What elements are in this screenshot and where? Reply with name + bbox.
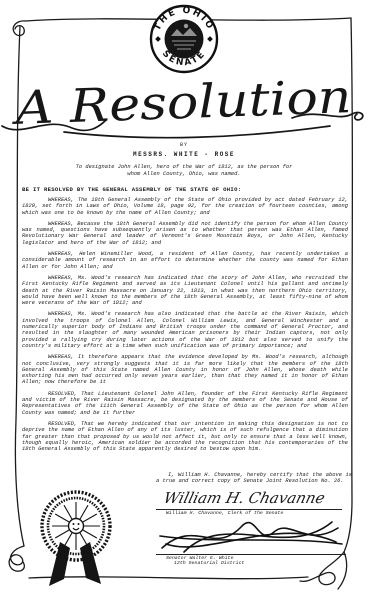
whereas-paragraph: WHEREAS, Ms. Wood's research has also in… — [22, 311, 348, 349]
certification-text: I, William H. Chavanne, hereby certify t… — [156, 472, 352, 484]
senator-signature-scrawl — [156, 518, 346, 554]
resolved-paragraph: RESOLVED, That we hereby indicated that … — [22, 421, 348, 452]
resolved-paragraph: RESOLVED, That Lieutenant Colonel John A… — [22, 391, 348, 416]
clerk-signature-script: William H. Chavanne — [154, 489, 327, 507]
resolution-title-block: A Resolution — [0, 68, 368, 142]
clerk-signature-caption: William H. Chavanne, Clerk of the Senate — [156, 511, 352, 516]
whereas-paragraph: WHEREAS, It therefore appears that the e… — [22, 354, 348, 385]
ohio-senate-seal: THE OHIO SENATE — [148, 3, 220, 75]
rosette-face-dot — [78, 523, 80, 525]
resolution-document: THE OHIO SENATE A Resolution BY MESSRS. … — [0, 0, 368, 599]
certification-block: I, William H. Chavanne, hereby certify t… — [156, 472, 352, 566]
senator-signature-line — [156, 518, 346, 555]
clerk-signature-line: William H. Chavanne — [156, 489, 342, 510]
enacting-clause: BE IT RESOLVED BY THE GENERAL ASSEMBLY O… — [22, 186, 352, 193]
rosette-burst — [42, 492, 110, 560]
senator-district-caption: 12th Senatorial District — [156, 561, 352, 566]
ribbon-rosette-seal — [28, 486, 124, 598]
whereas-paragraph: WHEREAS, Helen Winemiller Wood, a reside… — [22, 251, 348, 270]
border-bottom-left-coil — [9, 546, 24, 571]
whereas-paragraph: WHEREAS, Ms. Wood's research has indicat… — [22, 275, 348, 306]
whereas-paragraph: WHEREAS, Because the 18th General Assemb… — [22, 221, 348, 246]
whereas-paragraph: WHEREAS, The 18th General Assembly of th… — [22, 197, 348, 216]
sponsors-line: MESSRS. WHITE - ROSE — [0, 151, 368, 158]
designation-text: To designate John Allen, hero of the War… — [69, 164, 299, 177]
by-label: BY — [0, 142, 368, 148]
resolution-body: WHEREAS, The 18th General Assembly of th… — [22, 197, 348, 457]
resolution-title: A Resolution — [10, 69, 352, 135]
rosette-face-dot — [73, 523, 75, 525]
